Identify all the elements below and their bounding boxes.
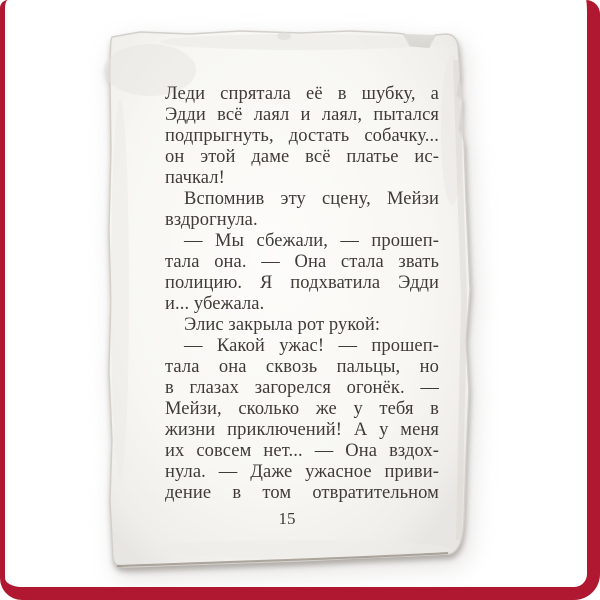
book-photo: Леди спрятала её в шубку, аЭдди всё лаял… bbox=[0, 0, 600, 600]
paper-stain bbox=[277, 32, 291, 40]
text-line: Вспомнив эту сцену, Мейзи bbox=[165, 189, 439, 210]
text-line: пачкал! bbox=[165, 168, 439, 189]
text-line: в глазах загорелся огонёк. — bbox=[165, 378, 439, 399]
text-line: Эдди всё лаял и лаял, пытался bbox=[165, 105, 439, 126]
text-line: тала она. — Она стала звать bbox=[165, 252, 439, 273]
page-number: 15 bbox=[257, 508, 317, 529]
text-line: жизни приключений! А у меня bbox=[165, 420, 439, 441]
text-line: Леди спрятала её в шубку, а bbox=[165, 84, 439, 105]
text-line: нула. — Даже ужасное приви- bbox=[165, 462, 439, 483]
text-line: полицию. Я подхватила Эдди bbox=[165, 273, 439, 294]
paper-stain bbox=[111, 100, 129, 480]
text-line: — Мы сбежали, — прошеп- bbox=[165, 231, 439, 252]
text-line: и... убежала. bbox=[165, 294, 439, 315]
paper-stain bbox=[160, 34, 440, 50]
text-line: их совсем нет... — Она вздох- bbox=[165, 441, 439, 462]
text-line: — Какой ужас! — прошеп- bbox=[165, 336, 439, 357]
text-line: вздрогнула. bbox=[165, 210, 439, 231]
text-line: подпрыгнуть, достать собачку... bbox=[165, 126, 439, 147]
text-line: он этой даме всё платье ис- bbox=[165, 147, 439, 168]
text-line: дение в том отвратительном bbox=[165, 483, 439, 504]
text-line: тала она сквозь пальцы, но bbox=[165, 357, 439, 378]
text-line: Мейзи, сколько же у тебя в bbox=[165, 399, 439, 420]
text-line: Элис закрыла рот рукой: bbox=[165, 315, 439, 336]
page-text: Леди спрятала её в шубку, аЭдди всё лаял… bbox=[165, 84, 439, 504]
